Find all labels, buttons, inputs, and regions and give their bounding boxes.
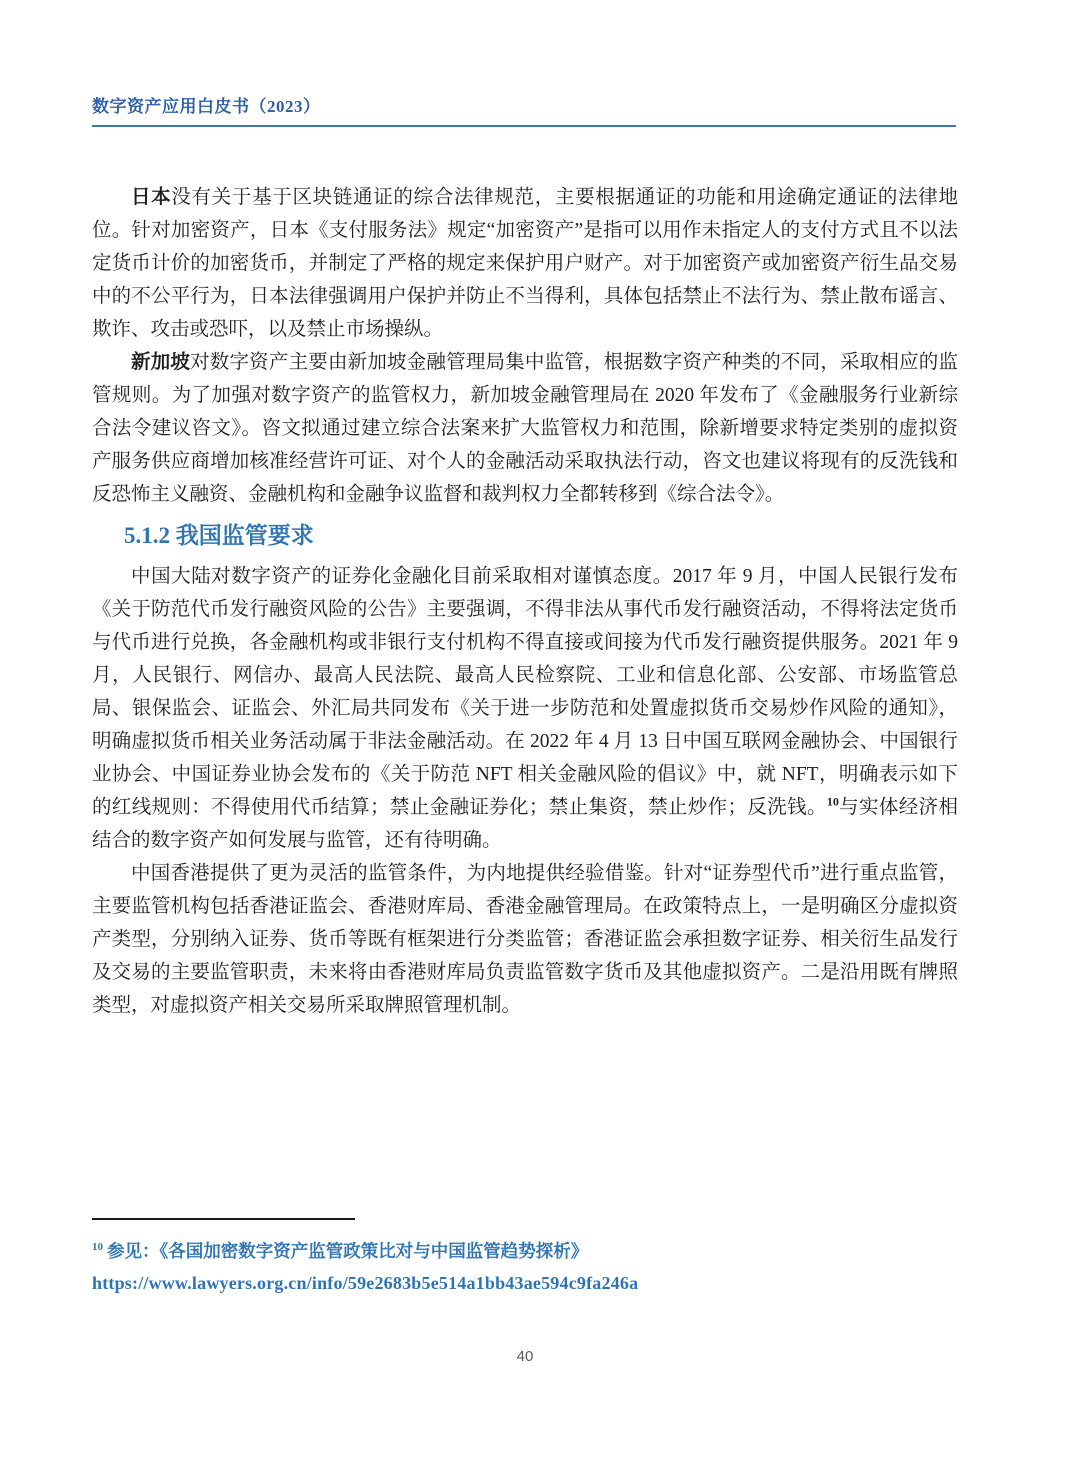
paragraph-singapore-lead: 新加坡 [131, 352, 190, 373]
paragraph-singapore: 新加坡对数字资产主要由新加坡金融管理局集中监管，根据数字资产种类的不同，采取相应… [92, 346, 958, 511]
footnote-separator [92, 1218, 355, 1220]
footnote-reference-10: 10 [827, 795, 839, 809]
footnote-text: 参见：《各国加密数字资产监管政策比对与中国监管趋势探析》 [107, 1241, 588, 1261]
paragraph-hongkong: 中国香港提供了更为灵活的监管条件，为内地提供经验借鉴。针对“证券型代币”进行重点… [92, 857, 958, 1022]
paragraph-hongkong-text: 中国香港提供了更为灵活的监管条件，为内地提供经验借鉴。针对“证券型代币”进行重点… [92, 863, 958, 1016]
footnote-block: 10参见：《各国加密数字资产监管政策比对与中国监管趋势探析》 https://w… [92, 1218, 958, 1294]
document-page: 数字资产应用白皮书（2023） 日本没有关于基于区块链通证的综合法律规范，主要根… [0, 0, 1080, 1466]
footnote-marker: 10 [92, 1241, 103, 1253]
paragraph-japan-lead: 日本 [131, 187, 171, 208]
header-title: 数字资产应用白皮书（2023） [92, 97, 321, 116]
paragraph-singapore-text: 对数字资产主要由新加坡金融管理局集中监管，根据数字资产种类的不同，采取相应的监管… [92, 352, 958, 505]
document-body: 日本没有关于基于区块链通证的综合法律规范，主要根据通证的功能和用途确定通证的法律… [92, 181, 958, 1022]
paragraph-mainland-text: 中国大陆对数字资产的证券化金融化目前采取相对谨慎态度。2017 年 9 月，中国… [92, 566, 958, 818]
paragraph-japan: 日本没有关于基于区块链通证的综合法律规范，主要根据通证的功能和用途确定通证的法律… [92, 181, 958, 346]
page-header: 数字资产应用白皮书（2023） [92, 92, 956, 127]
section-heading-5-1-2: 5.1.2 我国监管要求 [92, 520, 958, 552]
paragraph-mainland: 中国大陆对数字资产的证券化金融化目前采取相对谨慎态度。2017 年 9 月，中国… [92, 560, 958, 857]
footnote-url-link[interactable]: https://www.lawyers.org.cn/info/59e2683b… [92, 1273, 638, 1294]
footnote-entry: 10参见：《各国加密数字资产监管政策比对与中国监管趋势探析》 [92, 1236, 958, 1266]
page-number: 40 [92, 1348, 958, 1365]
paragraph-japan-text: 没有关于基于区块链通证的综合法律规范，主要根据通证的功能和用途确定通证的法律地位… [92, 187, 958, 340]
